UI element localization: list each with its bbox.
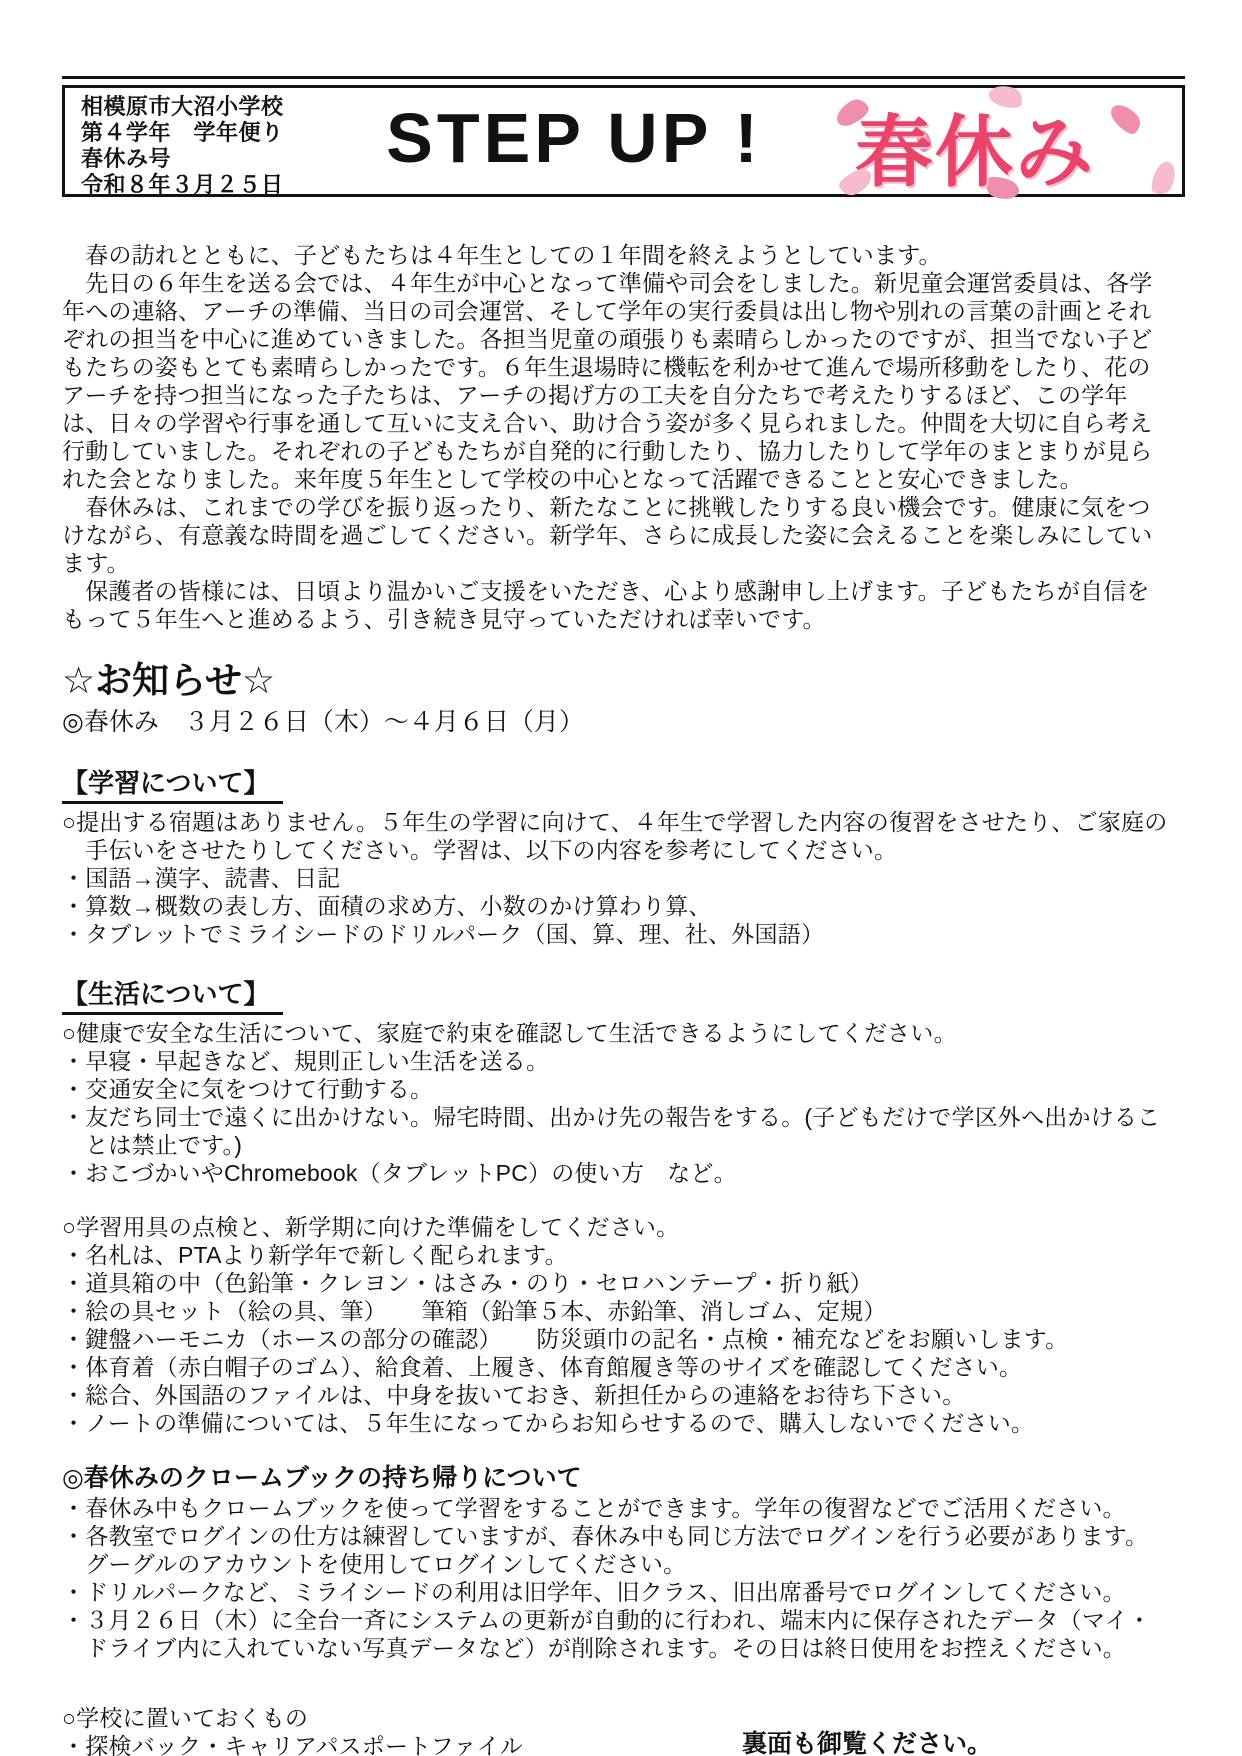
school-name: 相模原市大沼小学校	[81, 94, 331, 120]
chromebook-heading: ◎春休みのクロームブックの持ち帰りについて	[62, 1463, 1187, 1494]
supplies-list: ○学習用具の点検と、新学期に向けた準備をしてください。 ・名札は、PTAより新学…	[62, 1213, 1187, 1437]
header: 相模原市大沼小学校 第４学年 学年便り 春休み号 令和８年３月２５日 STEP …	[62, 85, 1185, 197]
newsletter-title: STEP UP !	[331, 88, 817, 194]
study-section-heading: 【学習について】	[62, 767, 283, 804]
life-section-heading: 【生活について】	[62, 978, 283, 1015]
spring-break-badge: 春休み	[817, 88, 1182, 194]
spring-break-label: 春休み	[855, 90, 1095, 202]
life-rules-list: ○健康で安全な生活について、家庭で約束を確認して生活できるようにしてください。 …	[62, 1019, 1187, 1187]
school-info: 相模原市大沼小学校 第４学年 学年便り 春休み号 令和８年３月２５日	[65, 88, 331, 194]
sakura-petal-icon	[1147, 159, 1180, 199]
sakura-petal-icon	[1107, 99, 1145, 138]
issue-date: 令和８年３月２５日	[81, 172, 331, 198]
intro-paragraphs: 春の訪れとともに、子どもたちは４年生としての１年間を終えようとしています。 先日…	[62, 241, 1187, 633]
study-list: ○提出する宿題はありません。５年生の学習に向けて、４年生で学習した内容の復習をさ…	[62, 808, 1187, 948]
issue-line: 春休み号	[81, 146, 331, 172]
grade-line: 第４学年 学年便り	[81, 120, 331, 146]
leave-at-school-section: ○学校に置いておくもの ・探検バック・キャリアパスポートファイル 裏面も御覧くだ…	[62, 1704, 1187, 1756]
leave-at-school-list: ○学校に置いておくもの ・探検バック・キャリアパスポートファイル	[62, 1704, 1187, 1756]
notice-heading: ☆お知らせ☆	[62, 659, 1187, 703]
newsletter-page: 相模原市大沼小学校 第４学年 学年便り 春休み号 令和８年３月２５日 STEP …	[0, 0, 1242, 1756]
header-top-rule	[62, 76, 1185, 79]
back-page-note: 裏面も御覧ください。	[742, 1724, 992, 1756]
vacation-dates: ◎春休み ３月２６日（木）～４月６日（月）	[62, 707, 1187, 737]
chromebook-list: ・春休み中もクロームブックを使って学習をすることができます。学年の復習などでご活…	[62, 1494, 1187, 1662]
